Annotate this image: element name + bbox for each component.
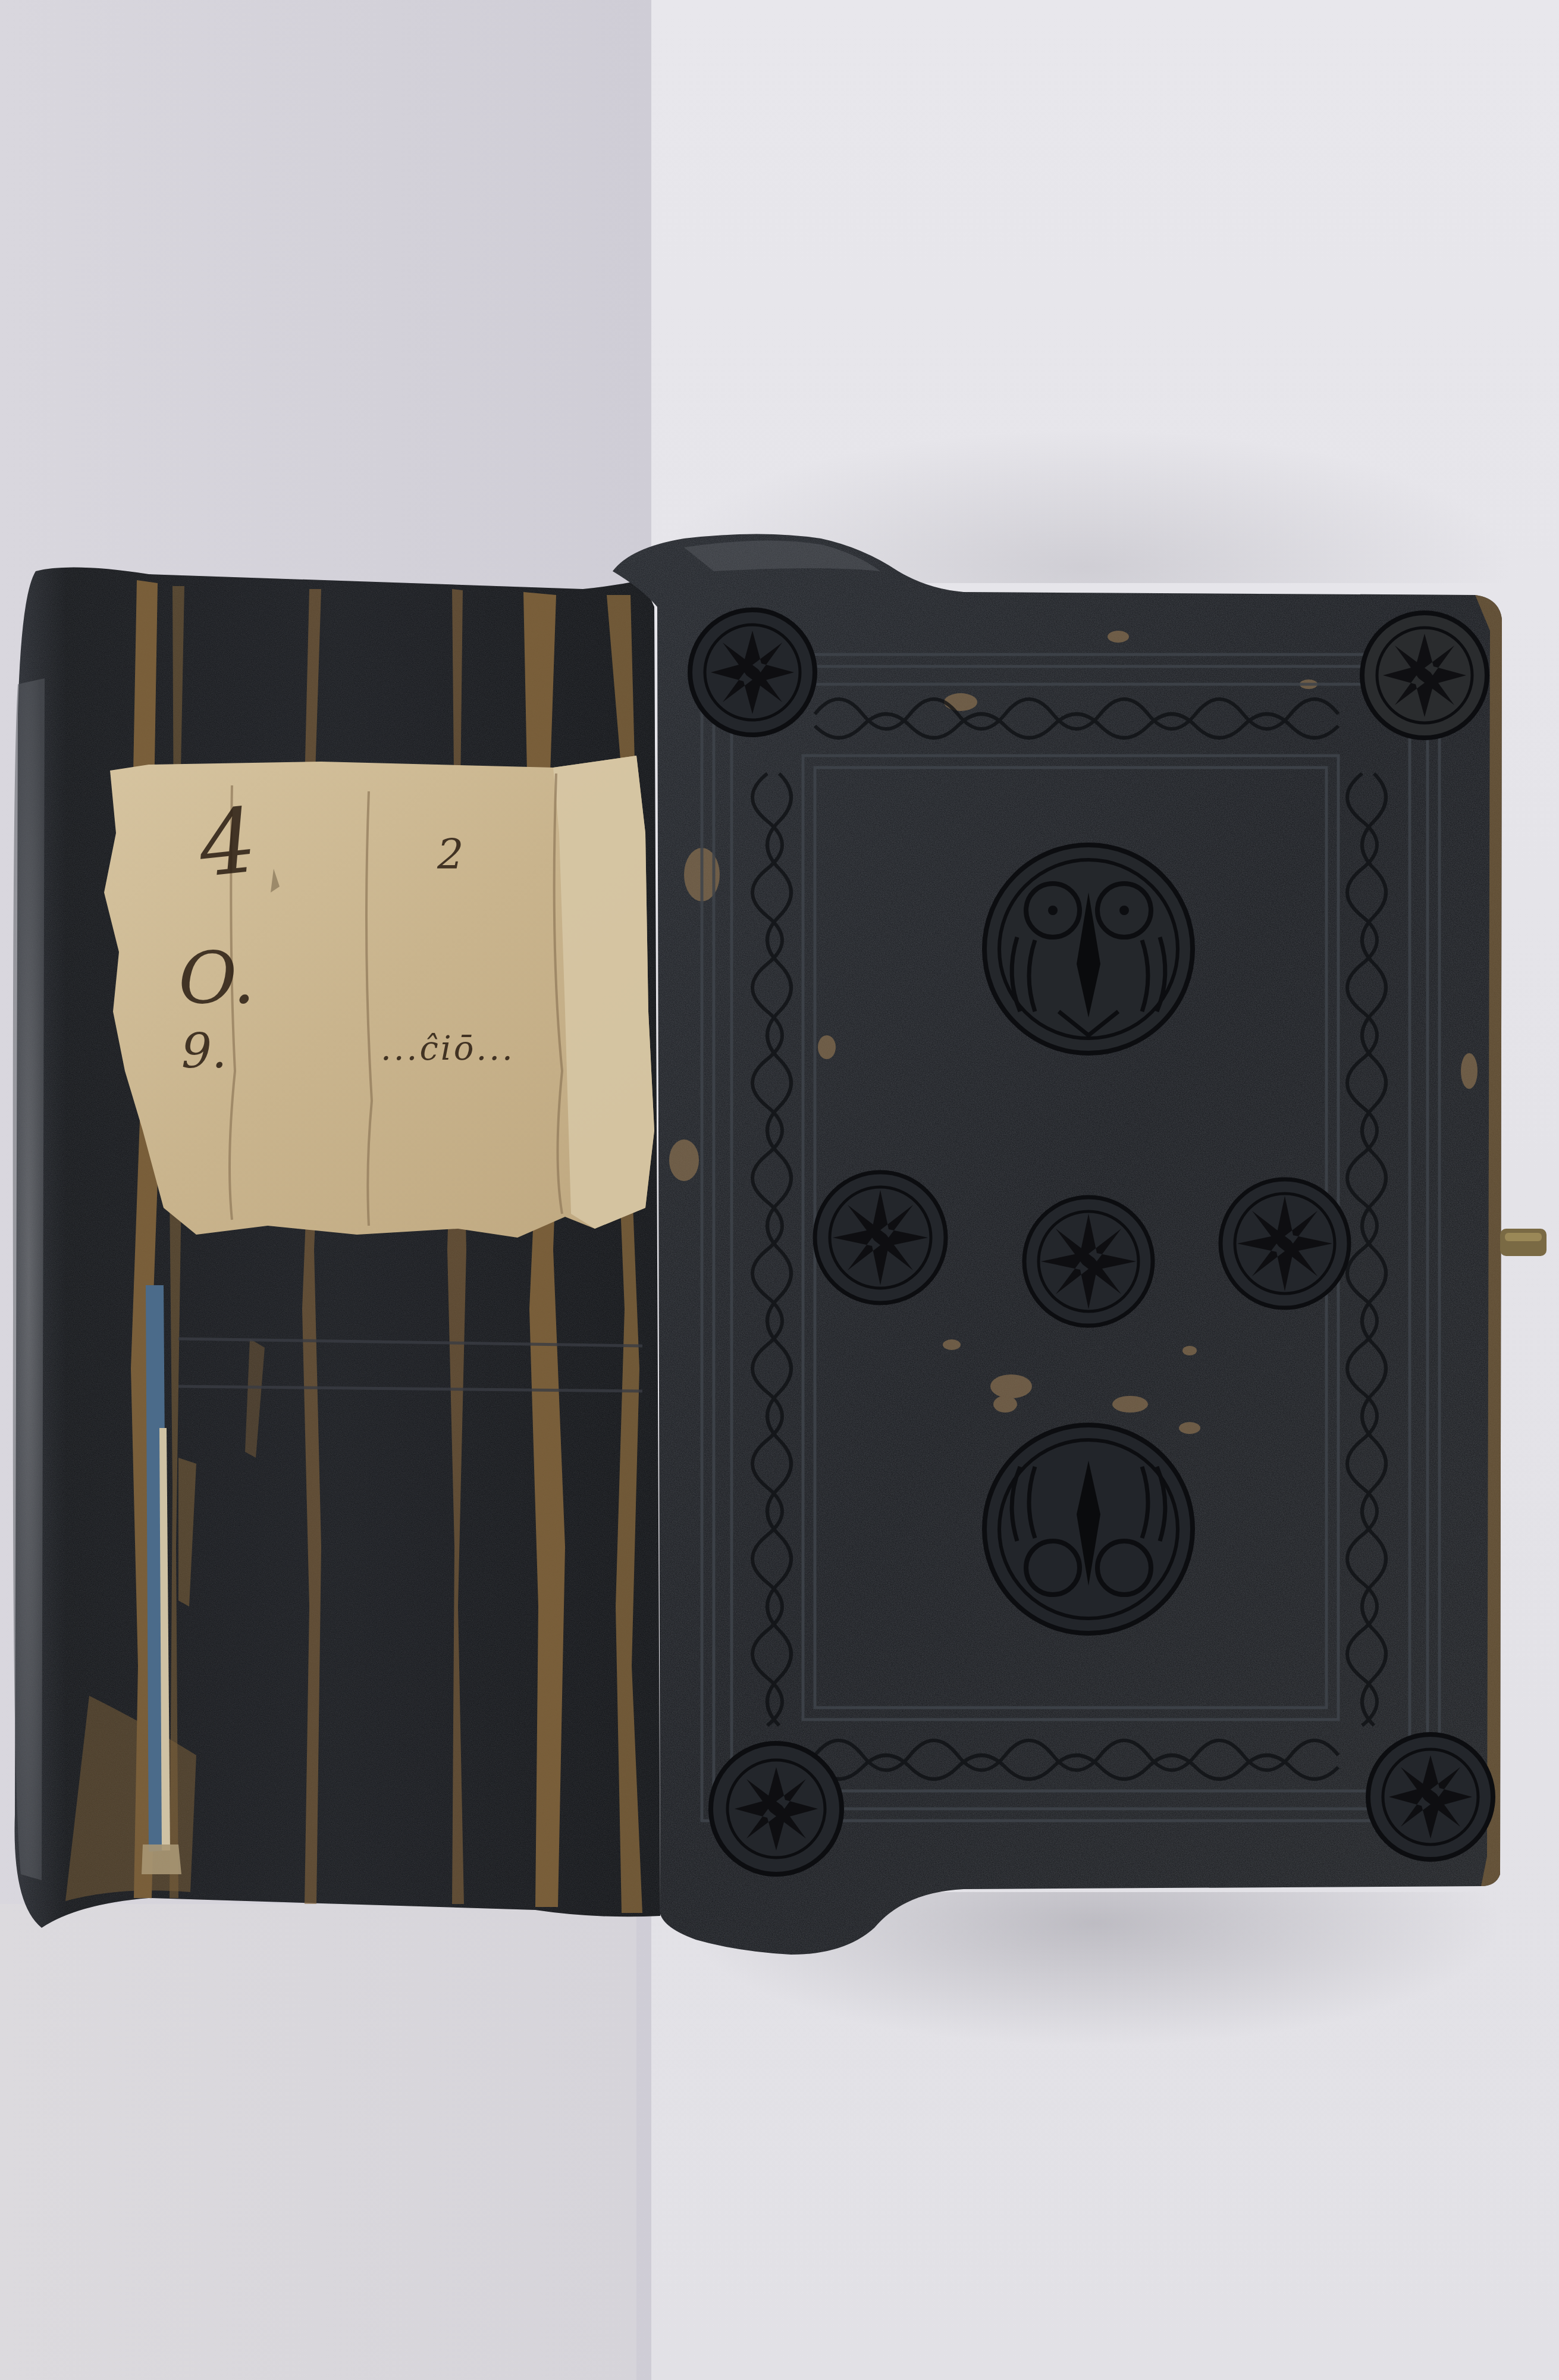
label-text-line3-left: 9.: [181, 1023, 227, 1079]
label-text-line1-right: 2: [437, 830, 464, 879]
label-text-line3-right: ...ĉiō...: [381, 1029, 515, 1068]
label-text-line2: O.: [178, 937, 256, 1020]
book: [0, 0, 1559, 2380]
label-text-line1: 4: [194, 788, 261, 897]
